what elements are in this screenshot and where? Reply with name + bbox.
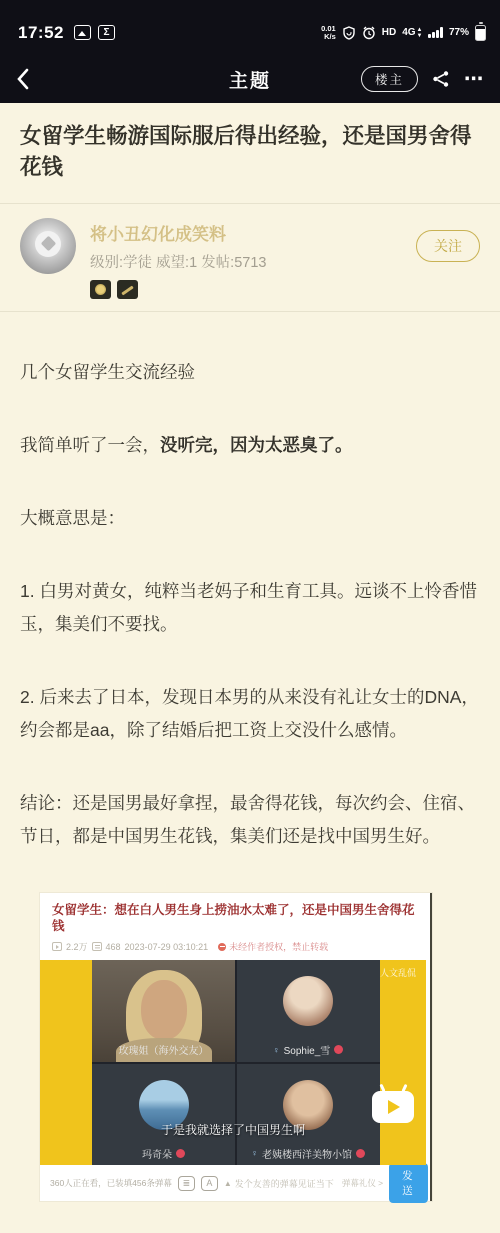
female-icon: ♀ bbox=[273, 1045, 280, 1055]
nav-bar: 主题 楼主 ⋯ bbox=[0, 55, 500, 103]
paragraph: 大概意思是： bbox=[20, 502, 480, 535]
participant-label: 玛奇朵 bbox=[92, 1146, 235, 1161]
publish-date: 2023-07-29 03:10:21 bbox=[125, 942, 209, 952]
alarm-clock-icon bbox=[362, 26, 376, 40]
view-count: 2.2万 bbox=[66, 940, 88, 953]
participant-label: ♀ 老姨楼西洋美物小馆 bbox=[237, 1146, 380, 1161]
paragraph: 结论：还是国男最好拿捏，最舍得花钱，每次约会、住宿、节日，都是中国男生花钱，集美… bbox=[20, 787, 480, 853]
participant-label: 玫瑰姐（海外交友） bbox=[92, 1042, 235, 1057]
avatar-lens bbox=[35, 231, 61, 257]
danmaku-count-icon bbox=[92, 942, 102, 951]
embed-header: 女留学生：想在白人男生身上捞油水太难了，还是中国男生舍得花钱 2.2万 468 … bbox=[40, 893, 432, 960]
participant-name: 玛奇朵 bbox=[142, 1146, 172, 1161]
status-right-icons: 0.01 K/s HD 4G ▲▼ 77% bbox=[321, 25, 486, 41]
author-badges bbox=[90, 280, 406, 299]
post-body: 几个女留学生交流经验 我简单听了一会，没听完，因为太恶臭了。 大概意思是： 1.… bbox=[0, 312, 500, 1201]
follow-button[interactable]: 关注 bbox=[416, 230, 480, 262]
danmaku-bar: 360人正在看，已装填456条弹幕 ≣ A ▲ 发个友善的弹幕见证当下 弹幕礼仪… bbox=[40, 1165, 432, 1201]
participant-name: Sophie_雪 bbox=[284, 1042, 331, 1057]
participant-name: 玫瑰姐（海外交友） bbox=[119, 1042, 209, 1057]
female-icon: ♀ bbox=[251, 1148, 258, 1158]
participant-avatar bbox=[283, 976, 333, 1026]
participant-name: 老姨楼西洋美物小馆 bbox=[262, 1146, 352, 1161]
paragraph: 2. 后来去了日本，发现日本男的从来没有礼让女士的DNA，约会都是aa，除了结婚… bbox=[20, 681, 480, 747]
paragraph: 1. 白男对黄女，纯粹当老妈子和生育工具。远谈不上怜香惜玉，集美们不要找。 bbox=[20, 575, 480, 641]
screenshot-edge-line bbox=[430, 893, 432, 1201]
mute-icon bbox=[356, 1149, 365, 1158]
paragraph: 几个女留学生交流经验 bbox=[20, 356, 480, 389]
danmaku-input: ▲ 发个友善的弹幕见证当下 bbox=[224, 1177, 334, 1190]
hd-indicator: HD bbox=[382, 27, 396, 38]
play-count-icon bbox=[52, 942, 62, 951]
author-username[interactable]: 将小丑幻化成笑料 bbox=[90, 220, 406, 245]
signal-strength-icon bbox=[428, 27, 443, 38]
more-menu-button[interactable]: ⋯ bbox=[464, 68, 484, 91]
thread-title: 女留学生畅游国际服后得出经验，还是国男舍得花钱 bbox=[0, 103, 500, 204]
call-tile: ♀ 老姨楼西洋美物小馆 bbox=[237, 1064, 380, 1165]
paragraph-text: 我简单听了一会， bbox=[20, 435, 160, 455]
sigma-app-icon: Σ bbox=[98, 25, 115, 40]
participant-label: ♀ Sophie_雪 bbox=[237, 1042, 380, 1057]
clock-time: 17:52 bbox=[18, 23, 64, 43]
danmaku-count: 468 bbox=[106, 942, 121, 952]
watching-count: 360人正在看，已装填456条弹幕 bbox=[50, 1177, 172, 1189]
embed-video-title: 女留学生：想在白人男生身上捞油水太难了，还是中国男生舍得花钱 bbox=[52, 902, 420, 934]
embed-video-frame: 玫瑰姐（海外交友） ♀ Sophie_雪 bbox=[40, 960, 426, 1165]
warning-icon: ▲ bbox=[224, 1179, 232, 1188]
author-stats: 级别:学徒 威望:1 发帖:5713 bbox=[90, 251, 406, 272]
danmaku-toggle-icon: ≣ bbox=[178, 1176, 195, 1191]
battery-icon bbox=[475, 25, 486, 41]
video-watermark: 人文乱侃 bbox=[380, 966, 416, 979]
forbidden-icon bbox=[218, 943, 226, 951]
embedded-screenshot-image[interactable]: 女留学生：想在白人男生身上捞油水太难了，还是中国男生舍得花钱 2.2万 468 … bbox=[40, 893, 432, 1201]
no-repost-notice: 未经作者授权，禁止转载 bbox=[218, 940, 328, 953]
call-tile: ♀ Sophie_雪 bbox=[237, 960, 380, 1062]
network-speed: 0.01 K/s bbox=[321, 25, 336, 41]
avatar[interactable] bbox=[20, 218, 76, 274]
notice-text: 未经作者授权，禁止转载 bbox=[229, 940, 328, 953]
pen-badge-icon bbox=[117, 280, 138, 299]
top-dark-area: 17:52 Σ 0.01 K/s HD 4G ▲▼ bbox=[0, 0, 500, 103]
mute-icon bbox=[334, 1045, 343, 1054]
mobile-network-indicator: 4G ▲▼ bbox=[402, 27, 422, 39]
gallery-icon bbox=[74, 25, 91, 40]
call-tile: 玛奇朵 bbox=[92, 1064, 235, 1165]
danmaku-placeholder: 发个友善的弹幕见证当下 bbox=[235, 1177, 334, 1190]
forum-thread-screen: 17:52 Σ 0.01 K/s HD 4G ▲▼ bbox=[0, 0, 500, 1233]
paragraph-bold-text: 没听完，因为太恶臭了。 bbox=[160, 435, 353, 455]
paragraph: 我简单听了一会，没听完，因为太恶臭了。 bbox=[20, 429, 480, 462]
author-row: 将小丑幻化成笑料 级别:学徒 威望:1 发帖:5713 关注 bbox=[0, 204, 500, 312]
call-tile-speaker: 玫瑰姐（海外交友） bbox=[92, 960, 235, 1062]
medal-badge-icon bbox=[90, 280, 111, 299]
send-danmaku-button: 发送 bbox=[389, 1163, 428, 1203]
share-icon[interactable] bbox=[432, 70, 450, 88]
video-subtitle: 于是我就选择了中国男生啊 bbox=[40, 1121, 426, 1138]
vpn-shield-icon bbox=[342, 26, 356, 40]
embed-meta-row: 2.2万 468 2023-07-29 03:10:21 未经作者授权，禁止转载 bbox=[52, 940, 420, 953]
mute-icon bbox=[176, 1149, 185, 1158]
author-only-button[interactable]: 楼主 bbox=[361, 66, 418, 92]
battery-percent: 77% bbox=[449, 27, 469, 38]
status-bar: 17:52 Σ 0.01 K/s HD 4G ▲▼ bbox=[0, 0, 500, 55]
danmaku-etiquette-link: 弹幕礼仪 > bbox=[342, 1177, 383, 1189]
bilibili-tv-icon bbox=[372, 1091, 414, 1123]
back-button[interactable] bbox=[16, 68, 30, 90]
status-left-icons: Σ bbox=[74, 25, 115, 40]
danmaku-style-icon: A bbox=[201, 1176, 218, 1191]
